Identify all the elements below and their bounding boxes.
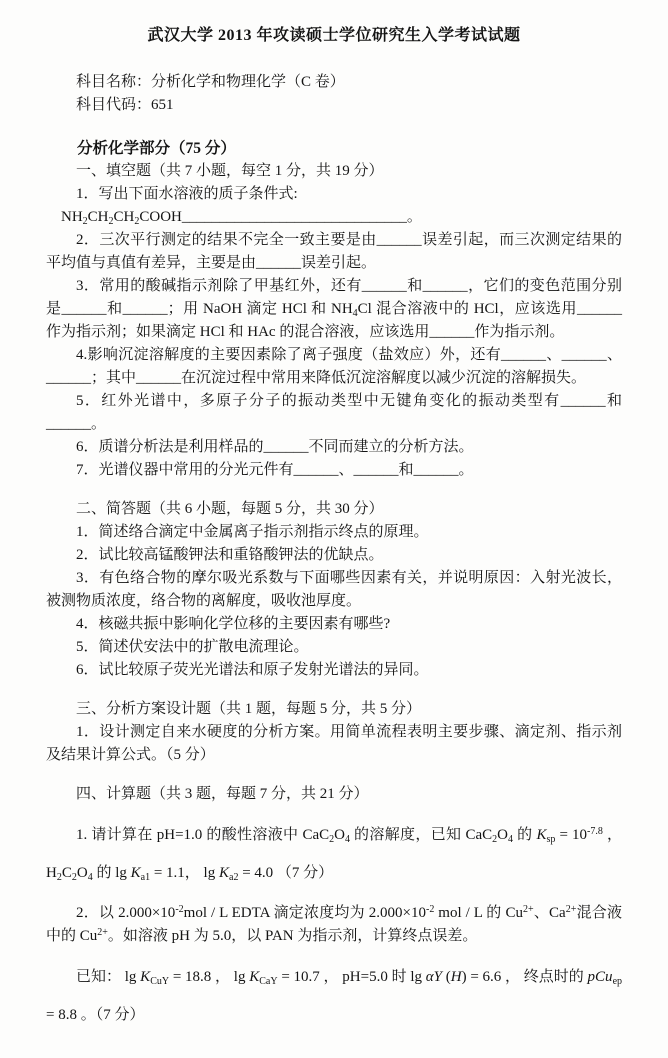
s4-question-2-given: 已知： lg KCuY = 18.8 ， lg KCaY = 10.7 ， pH… — [46, 958, 622, 1034]
section-design: 三、分析方案设计题（共 1 题，每题 5 分，共 5 分） 1．设计测定自来水硬… — [46, 698, 622, 767]
section-2-heading: 二、简答题（共 6 小题，每题 5 分，共 30 分） — [46, 498, 622, 521]
s2-question-4: 4．核磁共振中影响化学位移的主要因素有哪些? — [46, 613, 622, 636]
s2-question-6: 6．试比较原子荧光光谱法和原子发射光谱法的异同。 — [46, 659, 622, 682]
section-4-heading: 四、计算题（共 3 题，每题 7 分，共 21 分） — [46, 783, 622, 806]
s2-question-5: 5．简述伏安法中的扩散电流理论。 — [46, 636, 622, 659]
s4-question-2: 2．以 2.000×10-2mol / L EDTA 滴定浓度均为 2.000×… — [46, 902, 622, 948]
section-3-heading: 三、分析方案设计题（共 1 题，每题 5 分，共 5 分） — [46, 698, 622, 721]
s1-question-6: 6．质谱分析法是利用样品的______不同而建立的分析方法。 — [46, 436, 622, 459]
subject-meta: 科目名称：分析化学和物理化学（C 卷） 科目代码：651 — [46, 71, 622, 117]
exam-paper-page: 武汉大学 2013 年攻读硕士学位研究生入学考试试题 科目名称：分析化学和物理化… — [0, 0, 668, 1058]
section-fill-in-blanks: 一、填空题（共 7 小题，每空 1 分，共 19 分） 1．写出下面水溶液的质子… — [46, 160, 622, 482]
subject-code: 科目代码：651 — [46, 94, 622, 117]
section-short-answer: 二、简答题（共 6 小题，每题 5 分，共 30 分） 1．简述络合滴定中金属离… — [46, 498, 622, 682]
page-title: 武汉大学 2013 年攻读硕士学位研究生入学考试试题 — [46, 22, 622, 45]
section-1-heading: 一、填空题（共 7 小题，每空 1 分，共 19 分） — [46, 160, 622, 183]
s1-question-2: 2．三次平行测定的结果不完全一致主要是由______误差引起，而三次测定结果的平… — [46, 229, 622, 275]
s1-question-4: 4.影响沉淀溶解度的主要因素除了离子强度（盐效应）外，还有______、____… — [46, 344, 622, 390]
s1-question-7: 7．光谱仪器中常用的分光元件有______、______和______。 — [46, 459, 622, 482]
s2-question-3: 3．有色络合物的摩尔吸光系数与下面哪些因素有关，并说明原因：入射光波长，被测物质… — [46, 567, 622, 613]
s2-question-2: 2．试比较高锰酸钾法和重铬酸钾法的优缺点。 — [46, 544, 622, 567]
s1-question-1-formula: NH2CH2CH2COOH___________________________… — [46, 206, 622, 229]
s1-question-1: 1．写出下面水溶液的质子条件式: — [46, 183, 622, 206]
subject-name: 科目名称：分析化学和物理化学（C 卷） — [46, 71, 622, 94]
s1-question-3: 3．常用的酸碱指示剂除了甲基红外，还有______和______，它们的变色范围… — [46, 275, 622, 344]
part-heading: 分析化学部分（75 分） — [46, 137, 622, 160]
s3-question-1: 1．设计测定自来水硬度的分析方案。用简单流程表明主要步骤、滴定剂、指示剂及结果计… — [46, 721, 622, 767]
s4-question-1: 1. 请计算在 pH=1.0 的酸性溶液中 CaC2O4 的溶解度，已知 CaC… — [46, 816, 622, 892]
s2-question-1: 1．简述络合滴定中金属离子指示剂指示终点的原理。 — [46, 521, 622, 544]
s1-question-5: 5．红外光谱中，多原子分子的振动类型中无键角变化的振动类型有______和___… — [46, 390, 622, 436]
section-calculation: 四、计算题（共 3 题，每题 7 分，共 21 分） 1. 请计算在 pH=1.… — [46, 783, 622, 1034]
